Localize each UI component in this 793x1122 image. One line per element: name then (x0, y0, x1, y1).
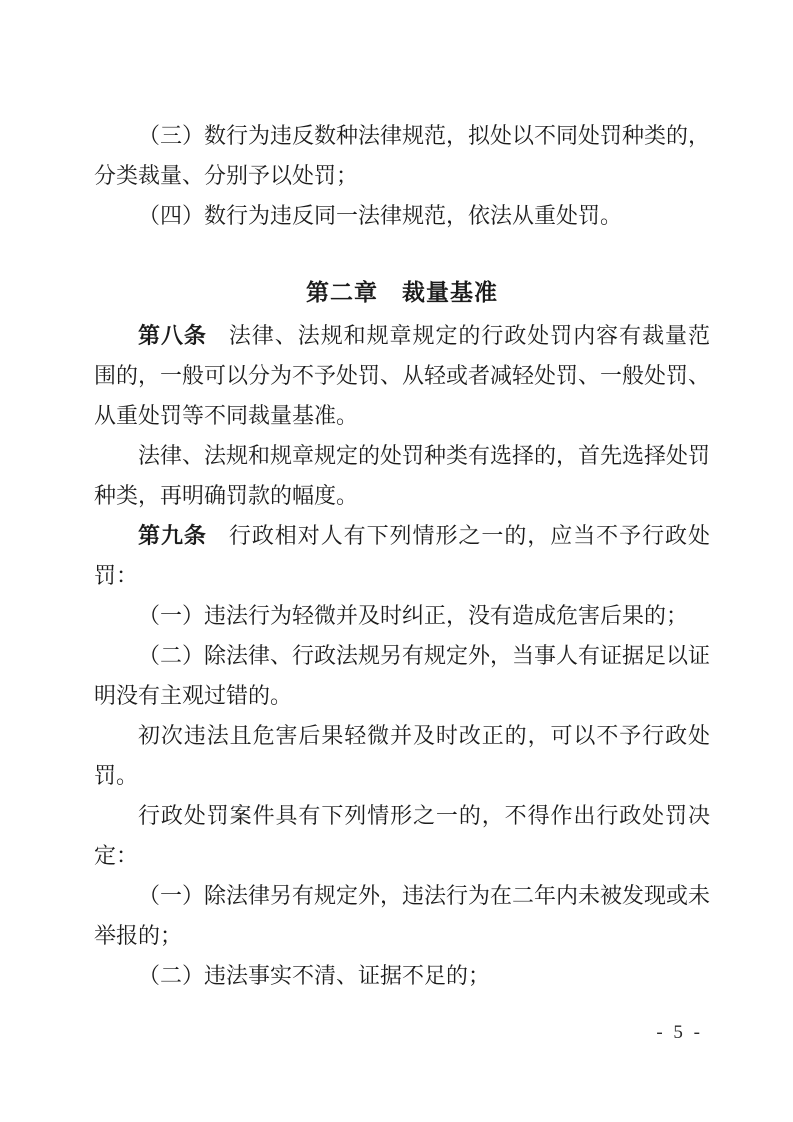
paragraph-text: （一）违法行为轻微并及时纠正，没有造成危害后果的； (138, 603, 688, 628)
document-body: （三）数行为违反数种法律规范，拟处以不同处罚种类的，分类裁量、分别予以处罚； （… (94, 116, 710, 996)
paragraph: 第八条法律、法规和规章规定的行政处罚内容有裁量范围的，一般可以分为不予处罚、从轻… (94, 316, 710, 436)
paragraph-text: （一）除法律另有规定外，违法行为在二年内未被发现或未举报的； (94, 883, 710, 948)
paragraph: （二）除法律、行政法规另有规定外，当事人有证据足以证明没有主观过错的。 (94, 636, 710, 716)
paragraph-text: （二）违法事实不清、证据不足的； (138, 963, 490, 988)
article-number: 第九条 (138, 523, 207, 548)
chapter-heading: 第二章 裁量基准 (94, 272, 710, 312)
paragraph: 法律、法规和规章规定的处罚种类有选择的，首先选择处罚种类，再明确罚款的幅度。 (94, 436, 710, 516)
paragraph: （三）数行为违反数种法律规范，拟处以不同处罚种类的，分类裁量、分别予以处罚； (94, 116, 710, 196)
paragraph-text: 初次违法且危害后果轻微并及时改正的，可以不予行政处罚。 (94, 723, 710, 788)
paragraph-text: 法律、法规和规章规定的处罚种类有选择的，首先选择处罚种类，再明确罚款的幅度。 (94, 443, 710, 508)
paragraph-text: （二）除法律、行政法规另有规定外，当事人有证据足以证明没有主观过错的。 (94, 643, 710, 708)
paragraph-text: （四）数行为违反同一法律规范，依法从重处罚。 (138, 203, 622, 228)
paragraph-text: （三）数行为违反数种法律规范，拟处以不同处罚种类的，分类裁量、分别予以处罚； (94, 123, 710, 188)
paragraph: 行政处罚案件具有下列情形之一的，不得作出行政处罚决定： (94, 796, 710, 876)
document-page: （三）数行为违反数种法律规范，拟处以不同处罚种类的，分类裁量、分别予以处罚； （… (0, 0, 793, 1122)
article-number: 第八条 (138, 323, 207, 348)
paragraph: （一）除法律另有规定外，违法行为在二年内未被发现或未举报的； (94, 876, 710, 956)
paragraph: （一）违法行为轻微并及时纠正，没有造成危害后果的； (94, 596, 710, 636)
paragraph: 初次违法且危害后果轻微并及时改正的，可以不予行政处罚。 (94, 716, 710, 796)
page-number: - 5 - (656, 1022, 703, 1044)
paragraph-text: 行政处罚案件具有下列情形之一的，不得作出行政处罚决定： (94, 803, 710, 868)
paragraph: （二）违法事实不清、证据不足的； (94, 956, 710, 996)
paragraph: 第九条行政相对人有下列情形之一的，应当不予行政处罚： (94, 516, 710, 596)
paragraph: （四）数行为违反同一法律规范，依法从重处罚。 (94, 196, 710, 236)
